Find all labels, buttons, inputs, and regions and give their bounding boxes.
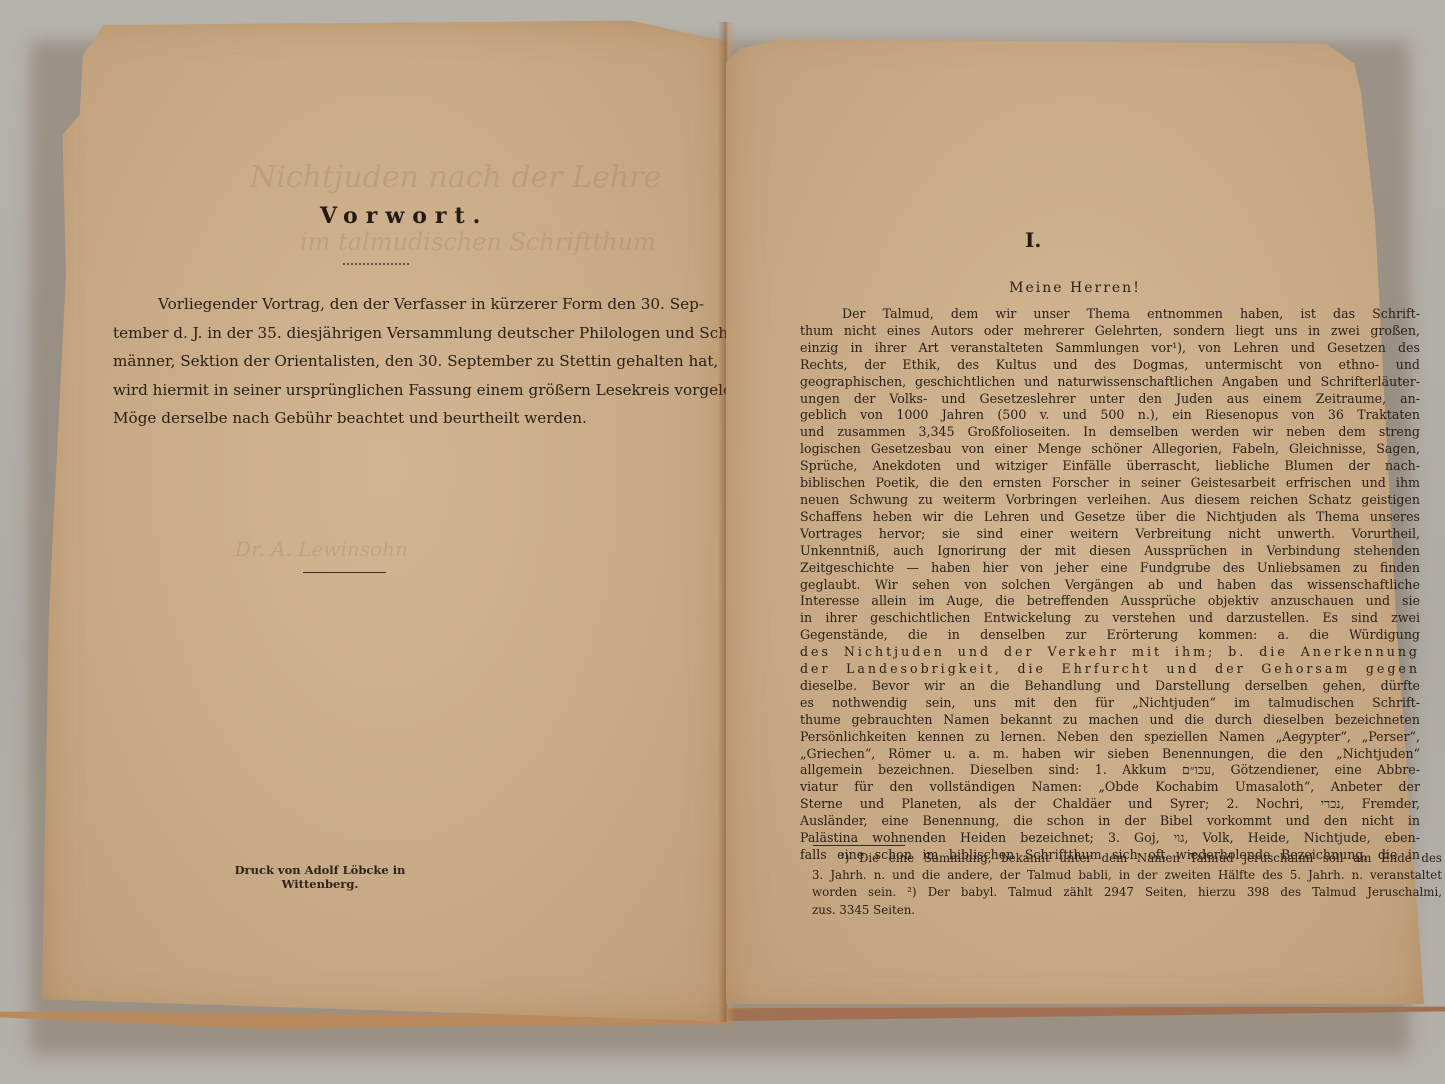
footnote-line: ¹) Die eine Sammlung, bekannt unter dem …	[812, 850, 1442, 867]
bleed-through-text-2: im talmudischen Schriftthum	[300, 228, 656, 256]
body-line: viatur für den vollständigen Namen: „Obd…	[800, 779, 1420, 796]
bleed-through-text-1: Nichtjuden nach der Lehre	[250, 160, 661, 195]
preface-line: wird hiermit in seiner ursprünglichen Fa…	[113, 376, 653, 405]
body-line: Sprüche, Anekdoten und witziger Einfälle…	[800, 458, 1420, 475]
bleed-through-text-3: Dr. A. Lewinsohn	[235, 537, 408, 561]
footnote-line: worden sein. ²) Der babyl. Talmud zählt …	[812, 884, 1442, 901]
body-line: Unkenntniß, auch Ignorirung der mit dies…	[800, 543, 1420, 560]
preface-line: männer, Sektion der Orientalisten, den 3…	[113, 347, 653, 376]
body-line: „Griechen“, Römer u. a. m. haben wir sie…	[800, 746, 1420, 763]
body-line: einzig in ihrer Art veranstalteten Samml…	[800, 340, 1420, 357]
main-body-text: Der Talmud, dem wir unser Thema entnomme…	[800, 306, 1420, 864]
body-line: allgemein bezeichnen. Dieselben sind: 1.…	[800, 762, 1420, 779]
body-line: der Landesobrigkeit, die Ehrfurcht und d…	[800, 661, 1420, 678]
preface-line: Vorliegender Vortrag, den der Verfasser …	[113, 290, 653, 319]
body-line: dieselbe. Bevor wir an die Behandlung un…	[800, 678, 1420, 695]
body-line: biblischen Poetik, die den ernsten Forsc…	[800, 475, 1420, 492]
preface-title: Vorwort.	[320, 203, 460, 229]
body-line: logischen Gesetzesbau von einer Menge sc…	[800, 441, 1420, 458]
footnote-separator-rule	[813, 845, 905, 846]
body-line: neuen Schwung zu weiterm Vorbringen verl…	[800, 492, 1420, 509]
footnote-line: zus. 3345 Seiten.	[812, 902, 1442, 919]
body-line: geblich von 1000 Jahren (500 v. und 500 …	[800, 407, 1420, 424]
body-line: ungen der Volks- und Gesetzeslehrer unte…	[800, 391, 1420, 408]
preface-body: Vorliegender Vortrag, den der Verfasser …	[113, 290, 653, 433]
body-line: Der Talmud, dem wir unser Thema entnomme…	[800, 306, 1420, 323]
body-line: Zeitgeschichte — haben hier von jeher ei…	[800, 560, 1420, 577]
body-line: geglaubt. Wir sehen von solchen Vergänge…	[800, 577, 1420, 594]
body-line: Gegenstände, die in denselben zur Erörte…	[800, 627, 1420, 644]
body-line: des Nichtjuden und der Verkehr mit ihm; …	[800, 644, 1420, 661]
section-divider-rule	[303, 572, 386, 573]
footnote-line: 3. Jahrh. n. und die andere, der Talmud …	[812, 867, 1442, 884]
body-line: thum nicht eines Autors oder mehrerer Ge…	[800, 323, 1420, 340]
body-line: in ihrer geschichtlichen Entwickelung zu…	[800, 610, 1420, 627]
printer-imprint: Druck von Adolf Löbcke in Wittenberg.	[200, 863, 440, 891]
body-line: Vortrages hervor; sie sind einer weitern…	[800, 526, 1420, 543]
preface-line: Möge derselbe nach Gebühr beachtet und b…	[113, 404, 653, 433]
body-line: Schaffens heben wir die Lehren und Geset…	[800, 509, 1420, 526]
preface-line: tember d. J. in der 35. diesjährigen Ver…	[113, 319, 653, 348]
body-line: Sterne und Planeten, als der Chaldäer un…	[800, 796, 1420, 813]
footnotes: ¹) Die eine Sammlung, bekannt unter dem …	[812, 850, 1442, 919]
body-line: Ausländer, eine Benennung, die schon in …	[800, 813, 1420, 830]
body-line: Rechts, der Ethik, des Kultus und des Do…	[800, 357, 1420, 374]
body-line: Persönlichkeiten kennen zu lernen. Neben…	[800, 729, 1420, 746]
body-line: thume gebrauchten Namen bekannt zu mache…	[800, 712, 1420, 729]
body-line: Interesse allein im Auge, die betreffend…	[800, 593, 1420, 610]
chapter-number: I.	[1025, 228, 1041, 252]
body-line: und zusammen 3,345 Großfolioseiten. In d…	[800, 424, 1420, 441]
salutation-heading: Meine Herren!	[1000, 280, 1150, 296]
title-ornament-rule	[343, 257, 409, 265]
body-line: geographischen, geschichtlichen und natu…	[800, 374, 1420, 391]
body-line: es nothwendig sein, uns mit den für „Nic…	[800, 695, 1420, 712]
